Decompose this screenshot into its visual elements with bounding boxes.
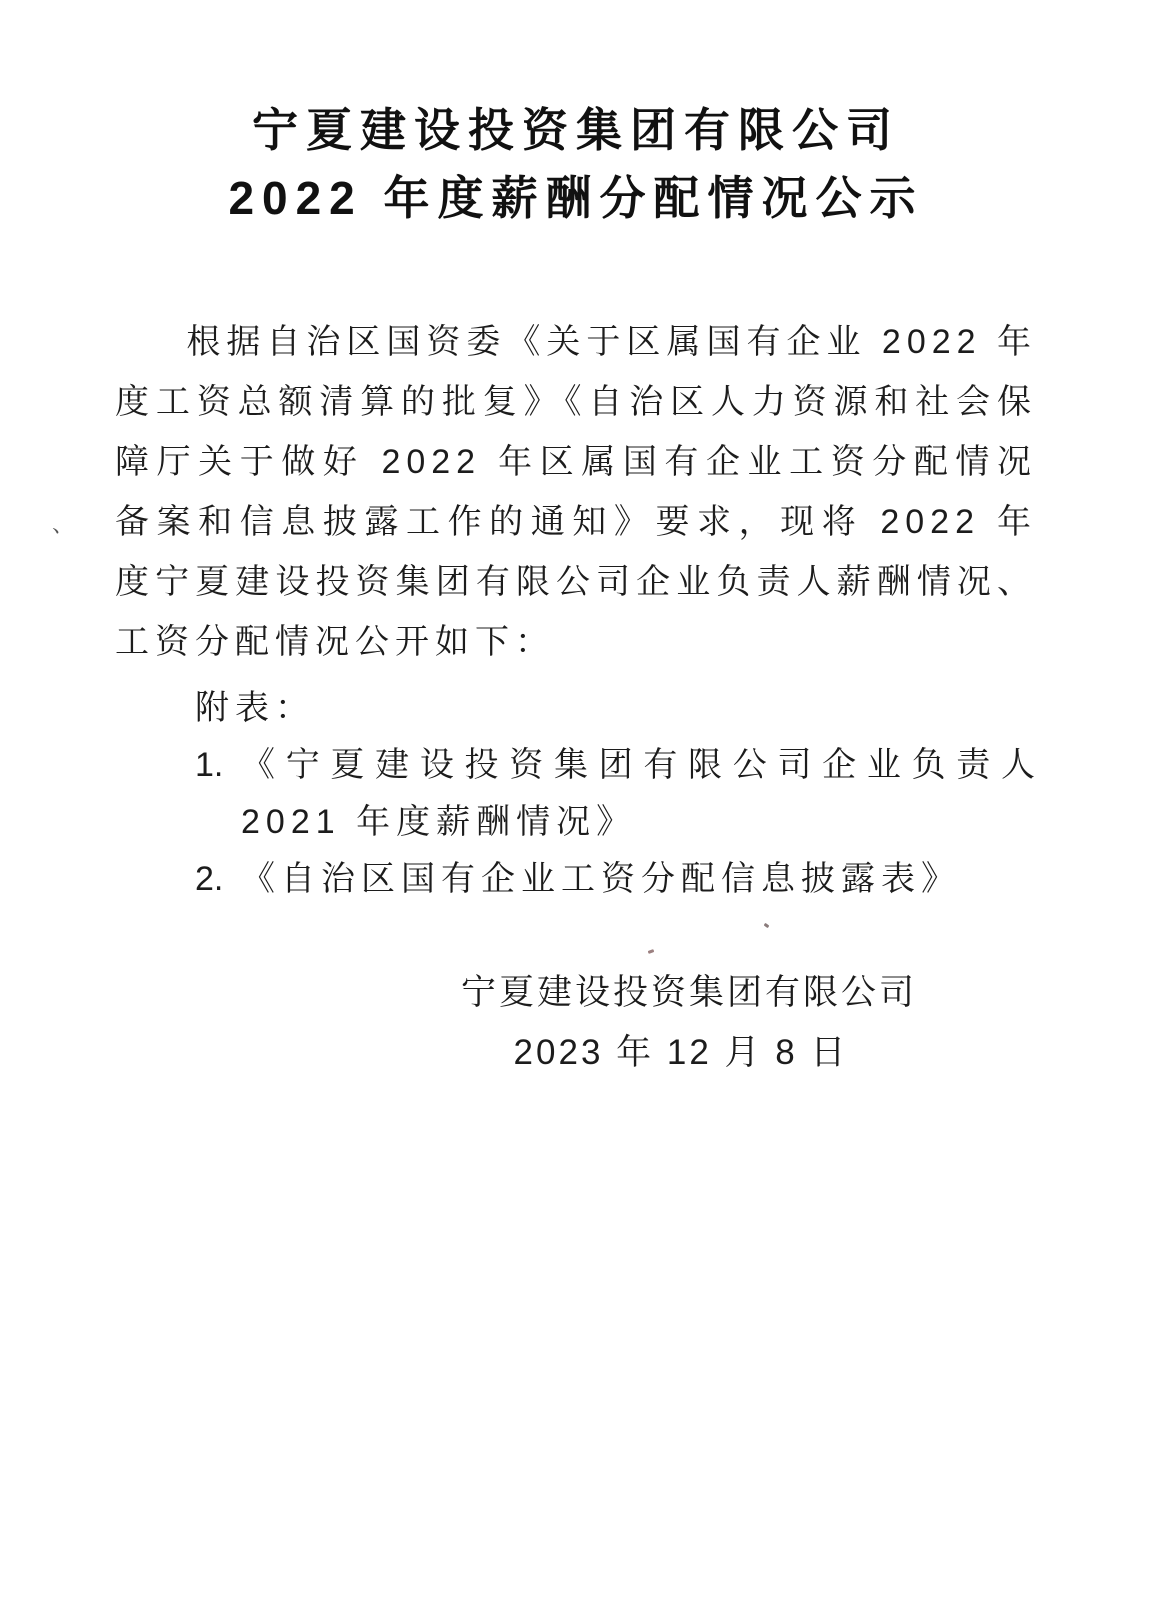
attachments-list: 1. 《宁夏建设投资集团有限公司企业负责人 2021 年度薪酬情况》 2. 《自… bbox=[195, 737, 1037, 908]
attachment-title: 《宁夏建设投资集团有限公司企业负责人 2021 年度薪酬情况》 bbox=[241, 737, 1041, 851]
attachments-label: 附表： bbox=[195, 680, 1037, 737]
attachment-number: 1. bbox=[195, 737, 241, 794]
scan-margin-mark: 、 bbox=[52, 508, 74, 539]
attachment-item-2: 2. 《自治区国有企业工资分配信息披露表》 bbox=[195, 851, 1037, 908]
document-content: 宁夏建设投资集团有限公司 2022 年度薪酬分配情况公示 根据自治区国资委《关于… bbox=[115, 0, 1037, 1083]
signature-block: 宁夏建设投资集团有限公司 2023 年 12 月 8 日 bbox=[461, 963, 901, 1083]
attachment-number: 2. bbox=[195, 851, 241, 908]
attachment-title: 《自治区国有企业工资分配信息披露表》 bbox=[241, 851, 961, 908]
document-title: 宁夏建设投资集团有限公司 2022 年度薪酬分配情况公示 bbox=[115, 96, 1037, 232]
signature-date: 2023 年 12 月 8 日 bbox=[461, 1023, 901, 1083]
document-title-line-1: 宁夏建设投资集团有限公司 bbox=[115, 96, 1037, 164]
document-page: 、 宁夏建设投资集团有限公司 2022 年度薪酬分配情况公示 根据自治区国资委《… bbox=[0, 0, 1171, 1600]
document-title-line-2: 2022 年度薪酬分配情况公示 bbox=[115, 164, 1037, 232]
attachment-item-1: 1. 《宁夏建设投资集团有限公司企业负责人 2021 年度薪酬情况》 bbox=[195, 737, 1037, 851]
signature-company: 宁夏建设投资集团有限公司 bbox=[461, 963, 901, 1023]
body-paragraph: 根据自治区国资委《关于区属国有企业 2022 年度工资总额清算的批复》《自治区人… bbox=[115, 312, 1037, 672]
